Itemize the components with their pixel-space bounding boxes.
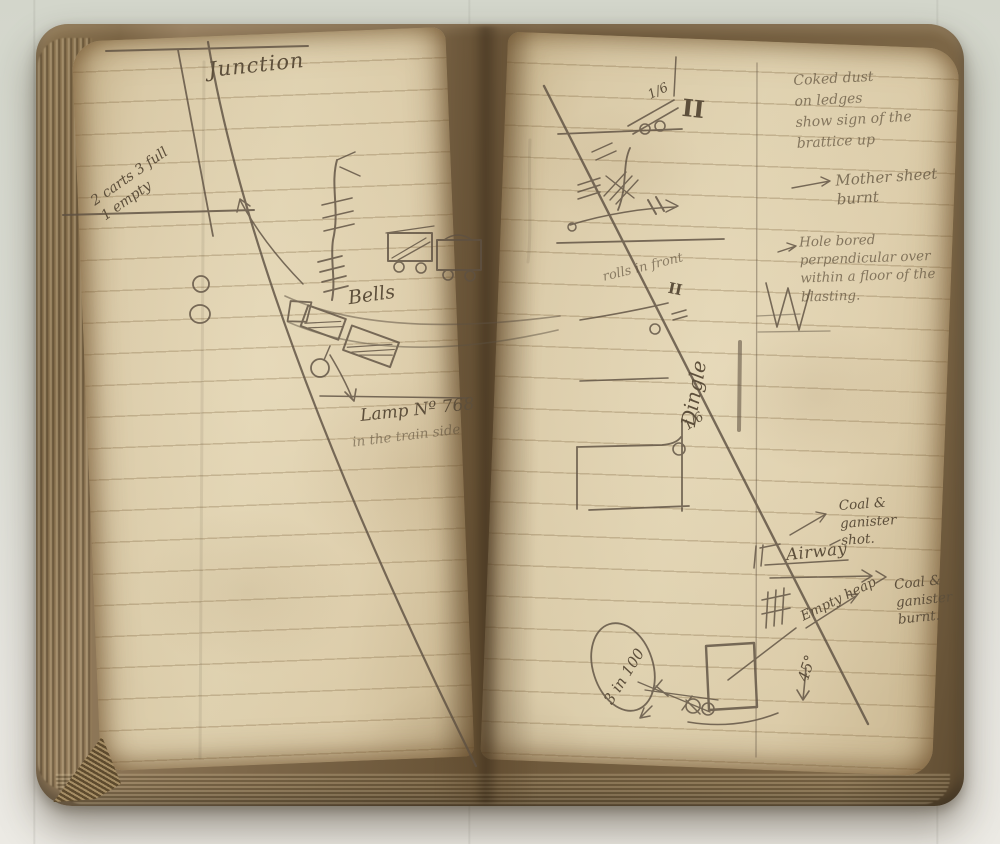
left-page	[72, 27, 475, 771]
right-page	[480, 32, 960, 777]
